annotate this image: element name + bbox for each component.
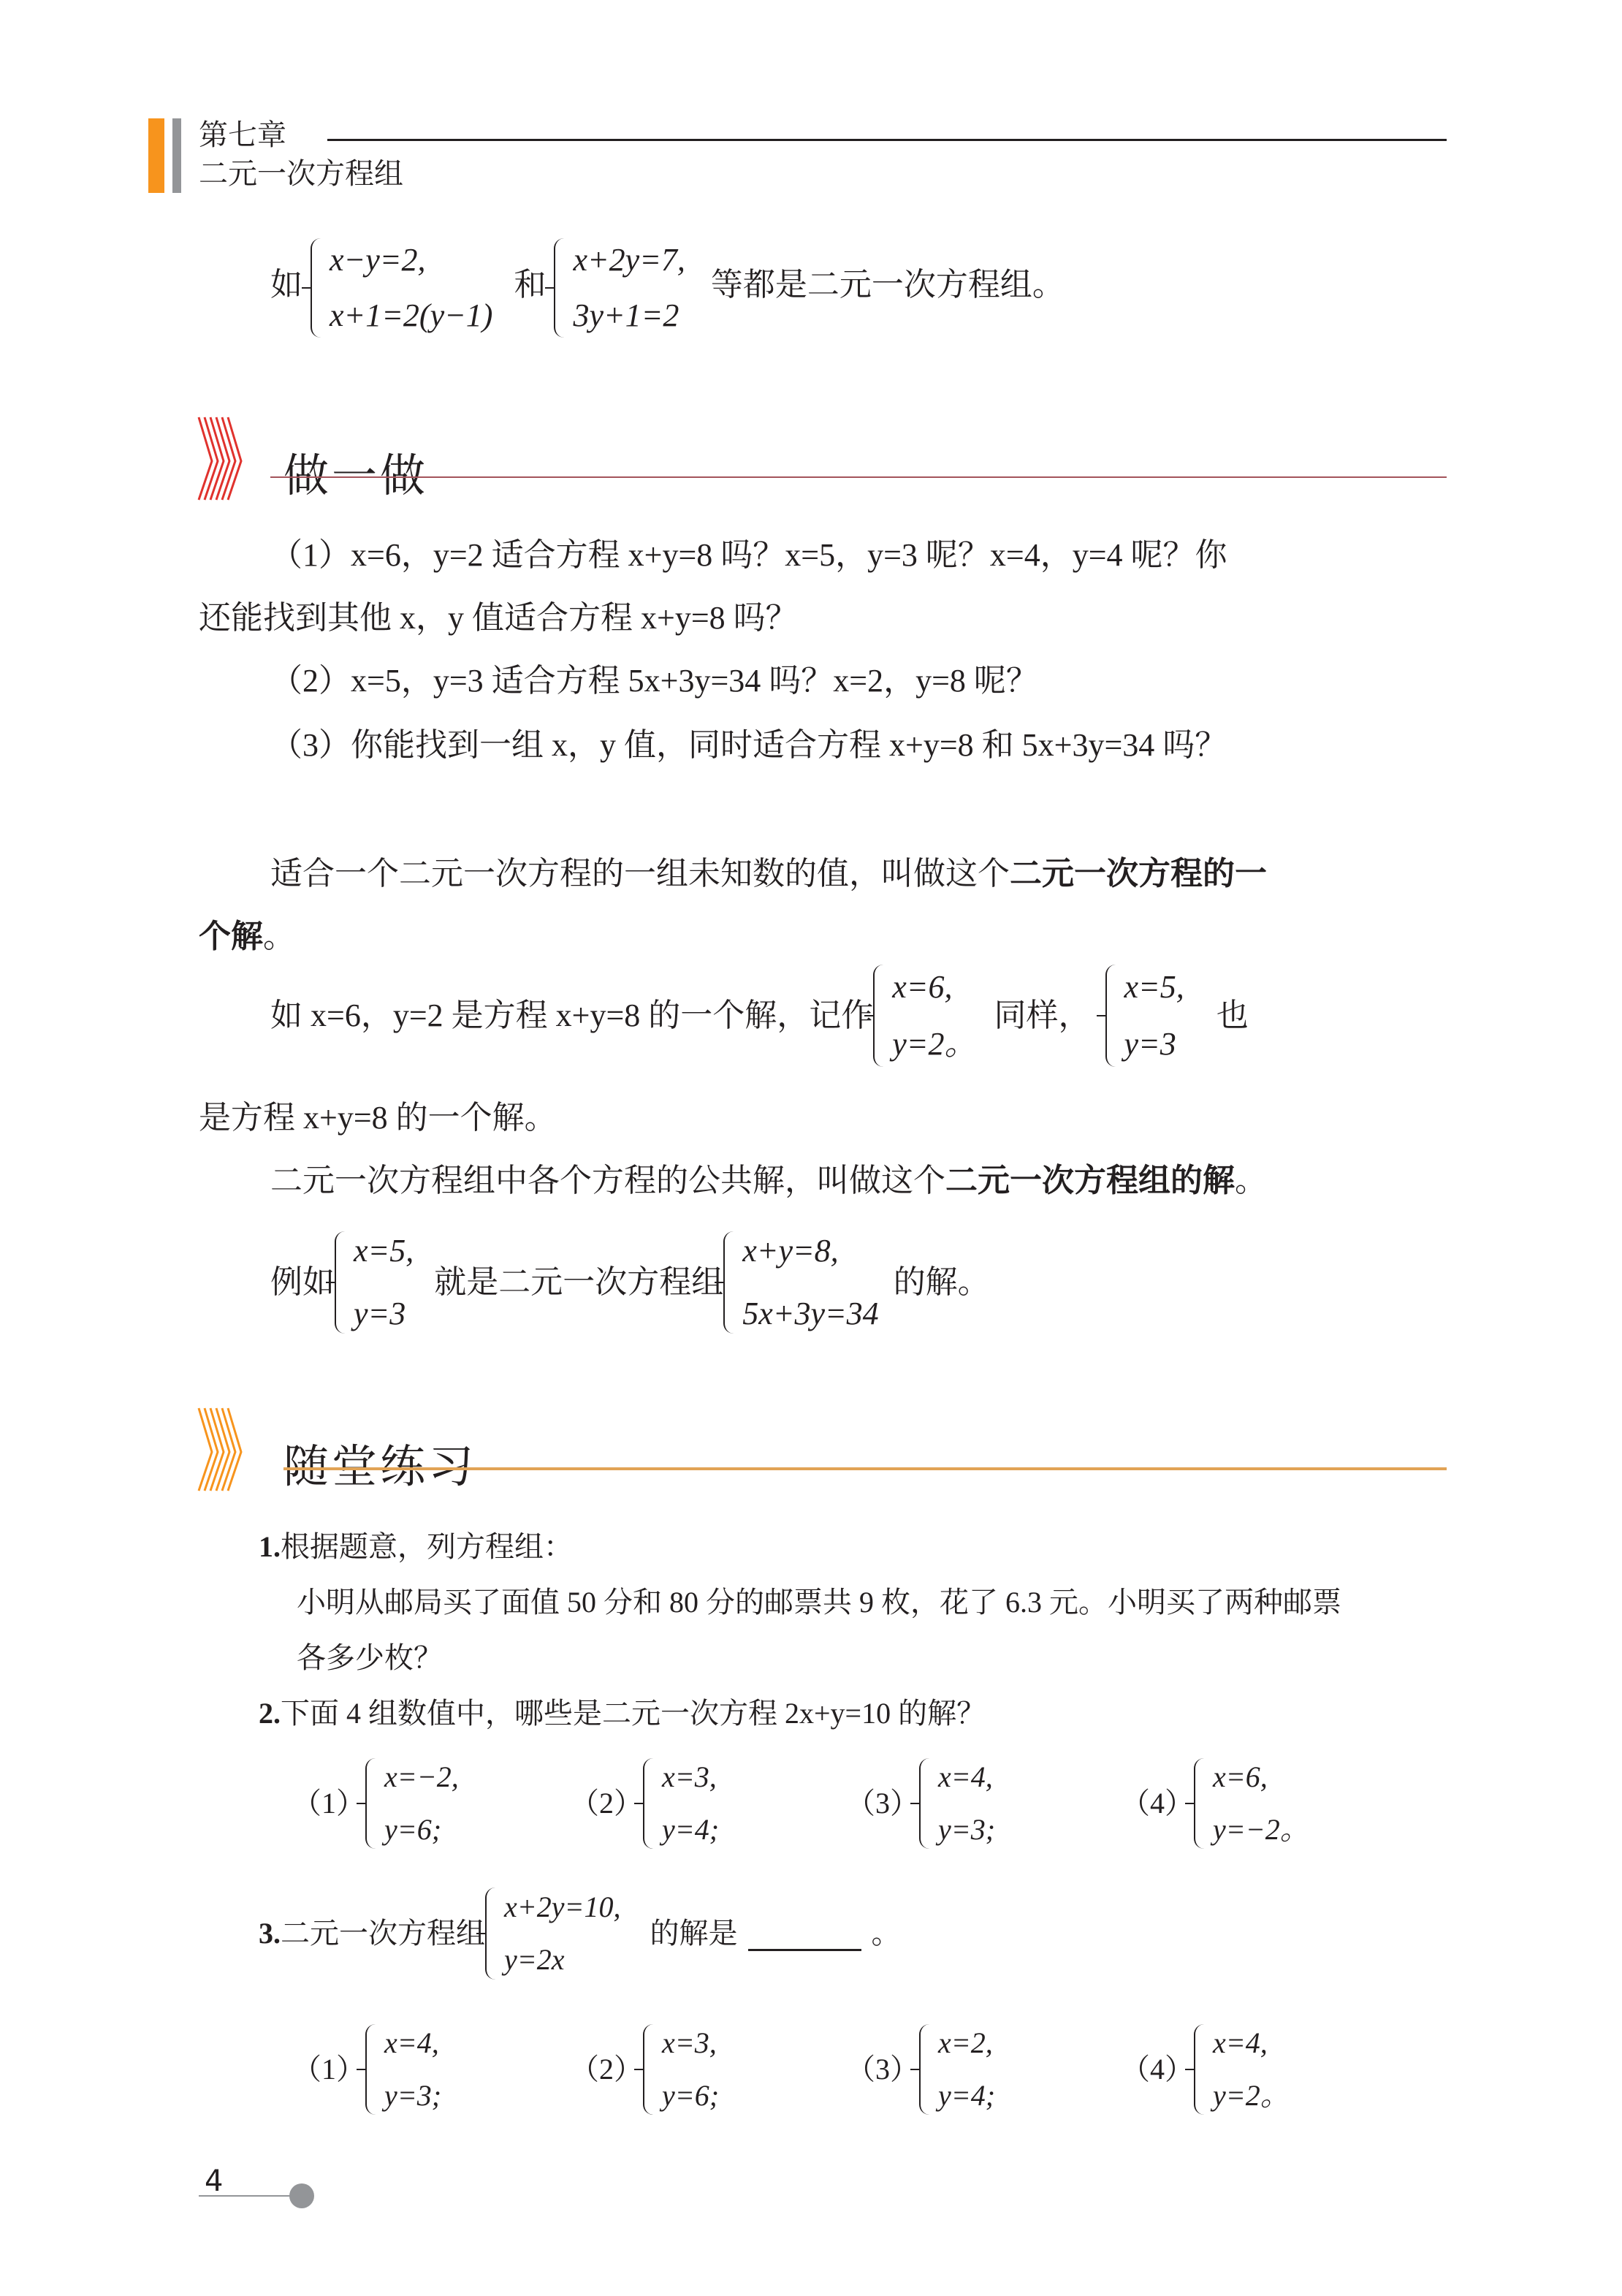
equation-system: x=4, y=3;: [919, 1751, 995, 1856]
example-1-cont: 是方程 x+y=8 的一个解。: [199, 1096, 557, 1140]
equation-system: x=5, y=3: [1105, 959, 1184, 1073]
section-title-practice: 随堂练习: [283, 1441, 476, 1492]
section-rule: [270, 476, 1447, 478]
option-1: （1） x=4, y=3;: [292, 2017, 570, 2122]
question-1-body-cont: 各多少枚？: [297, 1638, 443, 1678]
equation-system: x+2y=7, 3y+1=2: [554, 232, 685, 343]
option-4: （4） x=4, y=2。: [1121, 2017, 1369, 2122]
orange-chevrons-icon: [196, 1404, 269, 1492]
option-4: （4） x=6, y=−2。: [1121, 1751, 1369, 1856]
left-brace-icon: [919, 2024, 931, 2115]
chapter-title: 二元一次方程组: [199, 156, 403, 191]
do-item-2: （2）x=5，y=3 适合方程 5x+3y=34 吗？x=2，y=8 呢？: [270, 659, 1038, 703]
example-1: 如 x=6，y=2 是方程 x+y=8 的一个解，记作 x=6, y=2。 同样…: [270, 957, 1249, 1074]
question-1-body: 小明从邮局买了面值 50 分和 80 分的邮票共 9 枚，花了 6.3 元。小明…: [297, 1583, 1341, 1622]
equation-system: x=4, y=2。: [1194, 2017, 1290, 2122]
bold-term: 个解: [199, 918, 263, 955]
chapter-gray-bar: [172, 118, 181, 193]
left-brace-icon: [365, 2024, 377, 2115]
left-brace-icon: [643, 2024, 655, 2115]
chapter-orange-bar: [148, 118, 164, 193]
equation-system: x−y=2, x+1=2(y−1): [311, 232, 492, 343]
option-2: （2） x=3, y=4;: [570, 1751, 846, 1856]
equation-system: x=5, y=3: [335, 1220, 414, 1345]
section-rule: [283, 1467, 1447, 1470]
left-brace-icon: [311, 238, 322, 338]
left-brace-icon: [485, 1888, 497, 1980]
option-3: （3） x=2, y=4;: [846, 2017, 1121, 2122]
section-title-do: 做一做: [283, 450, 428, 501]
equation-system: x+y=8, 5x+3y=34: [723, 1220, 878, 1345]
question-number: 3.: [259, 1914, 281, 1953]
header-rule: [327, 139, 1447, 141]
definition-solution-cont: 个解。: [199, 915, 295, 959]
left-brace-icon: [365, 1758, 377, 1849]
example-2: 例如 x=5, y=3 就是二元一次方程组 x+y=8, 5x+3y=34 的解…: [270, 1228, 990, 1337]
do-item-1: （1）x=6，y=2 适合方程 x+y=8 吗？x=5，y=3 呢？x=4，y=…: [270, 533, 1227, 577]
definition-system-solution: 二元一次方程组中各个方程的公共解，叫做这个二元一次方程组的解。: [270, 1159, 1267, 1203]
equation-system: x=2, y=4;: [919, 2017, 995, 2122]
intro-prefix: 如: [270, 267, 302, 303]
left-brace-icon: [1194, 2024, 1206, 2115]
option-1: （1） x=−2, y=6;: [292, 1751, 570, 1856]
do-item-1-cont: 还能找到其他 x，y 值适合方程 x+y=8 吗？: [199, 596, 798, 640]
answer-blank[interactable]: [748, 1917, 861, 1951]
equation-system: x+2y=10, y=2x: [485, 1881, 621, 1986]
option-2: （2） x=3, y=6;: [570, 2017, 846, 2122]
left-brace-icon: [873, 965, 885, 1067]
option-3: （3） x=4, y=3;: [846, 1751, 1121, 1856]
question-3: 3. 二元一次方程组 x+2y=10, y=2x 的解是 。: [259, 1882, 901, 1985]
question-number: 2.: [259, 1697, 281, 1730]
do-item-3: （3）你能找到一组 x，y 值，同时适合方程 x+y=8 和 5x+3y=34 …: [270, 723, 1227, 767]
left-brace-icon: [1194, 1758, 1206, 1849]
equation-line: x+2y=7,: [573, 232, 685, 288]
footer-dot-icon: [289, 2183, 314, 2208]
equation-system: x=3, y=6;: [643, 2017, 719, 2122]
question-2-options: （1） x=−2, y=6; （2） x=3, y=4; （3） x=4, y=…: [292, 1751, 1388, 1856]
equation-system: x=6, y=−2。: [1194, 1751, 1309, 1856]
left-brace-icon: [643, 1758, 655, 1849]
page-number: 4: [205, 2164, 223, 2198]
left-brace-icon: [919, 1758, 931, 1849]
bold-term: 二元一次方程组的解: [945, 1162, 1235, 1199]
chapter-label: 第七章: [199, 118, 286, 152]
equation-system: x=6, y=2。: [873, 959, 976, 1073]
left-brace-icon: [554, 238, 566, 338]
footer-rule: [199, 2195, 292, 2197]
definition-solution: 适合一个二元一次方程的一组未知数的值，叫做这个二元一次方程的一: [270, 852, 1267, 896]
equation-line: 3y+1=2: [573, 288, 685, 343]
equation-system: x=4, y=3;: [365, 2017, 441, 2122]
intro-line: 如 x−y=2, x+1=2(y−1) 和 x+2y=7, 3y+1=2 等都是…: [270, 232, 1065, 343]
left-brace-icon: [1105, 965, 1117, 1067]
equation-system: x=3, y=4;: [643, 1751, 719, 1856]
equation-line: x+1=2(y−1): [330, 288, 492, 343]
left-brace-icon: [723, 1231, 735, 1334]
intro-connector: 和: [514, 267, 546, 303]
question-2: 2.下面 4 组数值中，哪些是二元一次方程 2x+y=10 的解？: [259, 1694, 986, 1733]
intro-suffix: 等都是二元一次方程组。: [711, 267, 1065, 303]
left-brace-icon: [335, 1231, 346, 1334]
bold-term: 二元一次方程的一: [1010, 855, 1267, 892]
red-chevrons-icon: [196, 414, 269, 501]
equation-system: x=−2, y=6;: [365, 1751, 459, 1856]
question-3-options: （1） x=4, y=3; （2） x=3, y=6; （3） x=2, y=4…: [292, 2017, 1388, 2122]
equation-line: x−y=2,: [330, 232, 492, 288]
question-number: 1.: [259, 1530, 281, 1563]
question-1: 1.根据题意，列方程组：: [259, 1527, 573, 1567]
